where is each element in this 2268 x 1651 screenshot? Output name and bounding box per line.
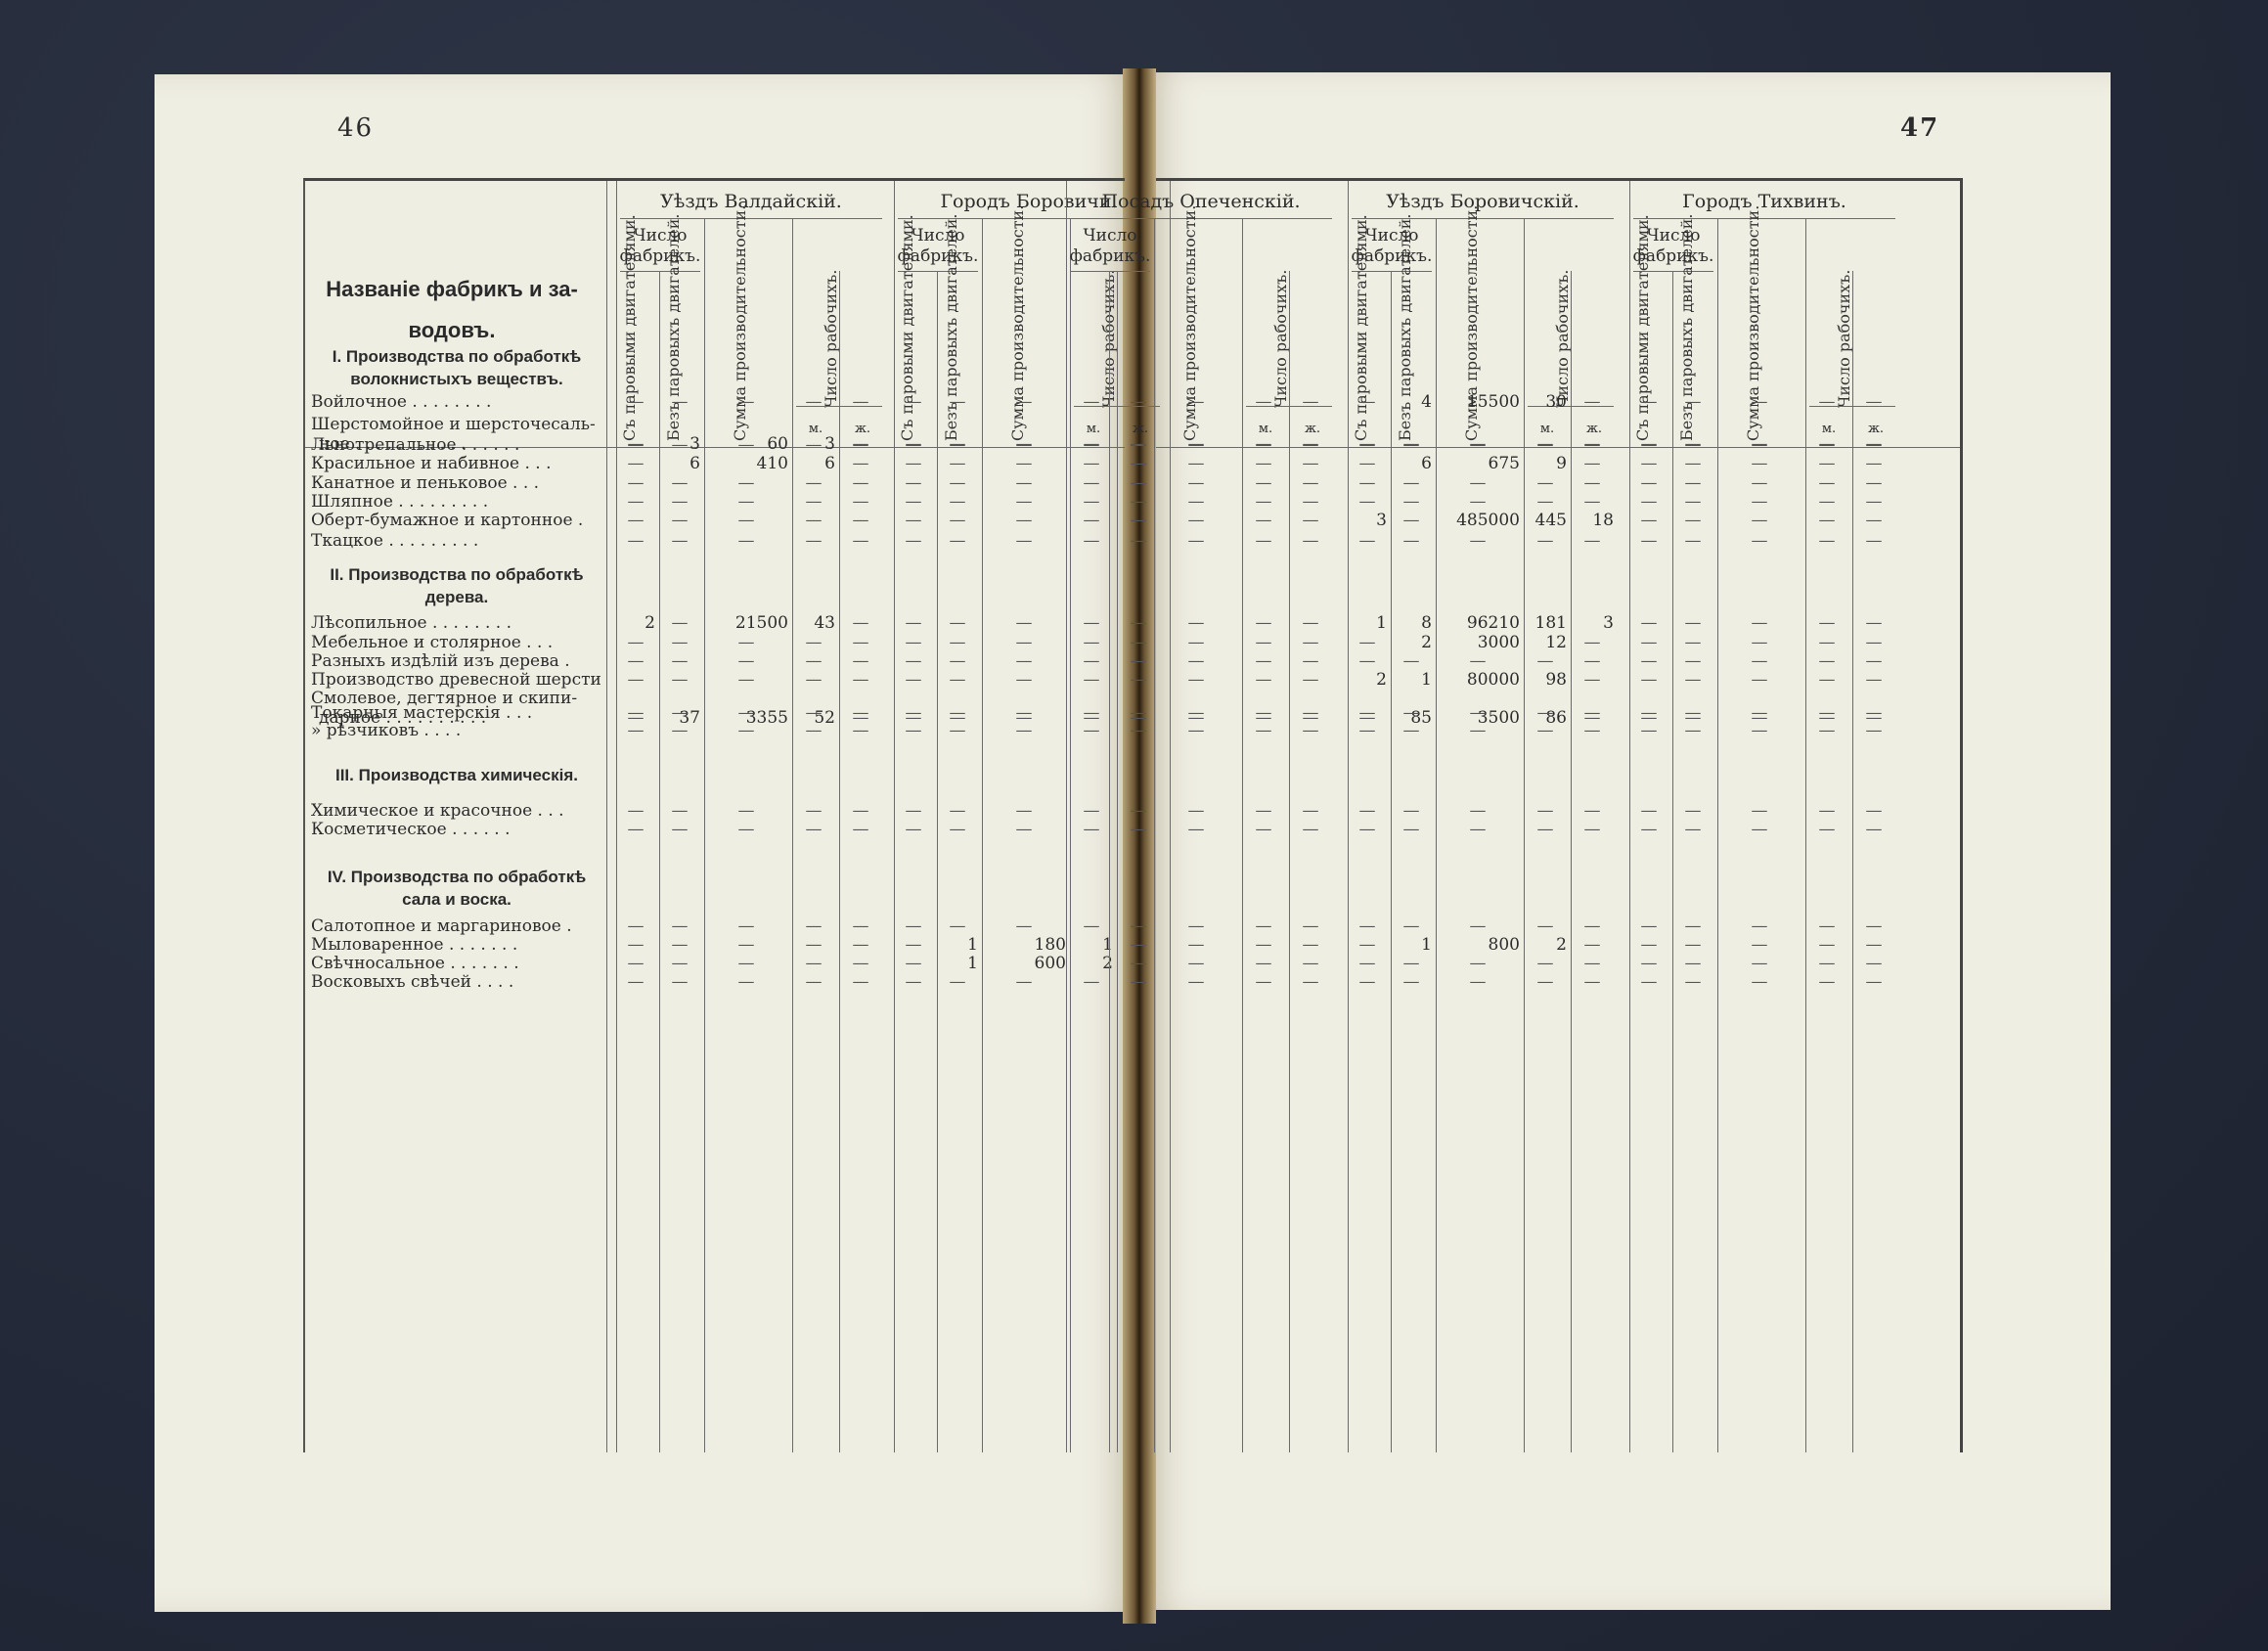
table-cell: — (1070, 613, 1113, 634)
table-cell: — (792, 511, 835, 531)
group-title-tikhvin: Городъ Тихвинъ. (1629, 191, 1899, 212)
table-cell: 12 (1524, 633, 1567, 653)
table-cell: — (982, 613, 1066, 634)
table-cell: — (839, 721, 882, 741)
table-cell: — (982, 651, 1066, 672)
table-cell: 2 (1391, 633, 1432, 653)
table-cell: — (1348, 473, 1387, 494)
table-cell: — (1629, 531, 1668, 552)
table-cell: — (1070, 916, 1113, 937)
table-cell: — (937, 613, 978, 634)
table-cell: 675 (1436, 454, 1520, 474)
table-cell: — (1154, 435, 1238, 456)
table-cell: — (982, 531, 1066, 552)
table-cell: 180 (982, 935, 1066, 956)
table-cell: — (616, 633, 655, 653)
table-cell: — (894, 454, 933, 474)
table-cell: — (894, 435, 933, 456)
table-left: Названіе фабрикъ и за- водовъ. Уѣздъ Вал… (303, 178, 1125, 1452)
table-cell: — (894, 392, 933, 413)
table-cell: 800 (1436, 935, 1520, 956)
table-cell: — (1289, 492, 1332, 513)
column-divider (606, 181, 607, 1452)
table-cell: — (937, 721, 978, 741)
table-right: Посадъ Опеченскій.Число фабрикъ.Сумма пр… (1156, 178, 1963, 1452)
table-cell: — (937, 801, 978, 822)
table-cell: — (1629, 435, 1668, 456)
table-cell: — (1348, 492, 1387, 513)
table-cell: — (1154, 820, 1238, 840)
table-cell: — (1242, 511, 1285, 531)
table-cell: — (1524, 651, 1567, 672)
table-cell: — (1717, 954, 1801, 974)
table-cell: — (1852, 916, 1895, 937)
table-cell: — (1805, 670, 1848, 691)
table-cell: — (1070, 473, 1113, 494)
table-cell: — (1436, 972, 1520, 993)
table-cell: — (1805, 392, 1848, 413)
table-cell: — (1805, 972, 1848, 993)
table-cell: 600 (982, 954, 1066, 974)
table-cell: — (1242, 670, 1285, 691)
table-cell: — (659, 473, 700, 494)
table-cell: — (937, 916, 978, 937)
table-cell: — (1289, 721, 1332, 741)
table-cell: — (1348, 935, 1387, 956)
section-title: II. Производства по обработкѣдерева. (315, 563, 599, 608)
table-cell: — (616, 473, 655, 494)
row-label: Косметическое . . . . . . (311, 820, 604, 840)
table-cell: — (839, 392, 882, 413)
table-cell: — (1348, 633, 1387, 653)
table-cell: — (1348, 916, 1387, 937)
column-divider (1066, 181, 1067, 1452)
table-cell: — (659, 651, 700, 672)
table-cell: — (1154, 454, 1238, 474)
row-label: » рѣзчиковъ . . . . (311, 721, 604, 741)
table-cell: — (982, 801, 1066, 822)
table-cell: — (704, 633, 788, 653)
group-title-opechensky: Посадъ Опеченскій. (1066, 191, 1336, 212)
table-cell: — (1289, 916, 1332, 937)
table-cell: — (1524, 954, 1567, 974)
table-cell: — (1154, 531, 1238, 552)
table-cell: 98 (1524, 670, 1567, 691)
table-cell: — (1672, 392, 1713, 413)
table-cell: — (1852, 454, 1895, 474)
without-steam-header: Безъ паровыхъ двигателей. (664, 279, 683, 441)
table-cell: — (616, 651, 655, 672)
table-cell: — (1348, 531, 1387, 552)
workers-count-header: Число рабочихъ. (822, 226, 840, 408)
table-cell: 1 (937, 954, 978, 974)
table-cell: — (839, 633, 882, 653)
table-cell: — (616, 935, 655, 956)
table-cell: — (937, 972, 978, 993)
table-cell: — (894, 820, 933, 840)
table-cell: — (894, 721, 933, 741)
table-cell: — (894, 633, 933, 653)
workers-count-header: Число рабочихъ. (1835, 226, 1853, 408)
table-cell: — (1717, 935, 1801, 956)
table-cell: — (1672, 633, 1713, 653)
table-cell: — (1154, 651, 1238, 672)
table-cell: — (894, 916, 933, 937)
row-divider (1070, 271, 1150, 272)
section-title-line1: I. Производства по обработкѣ (315, 345, 599, 368)
table-cell: 4 (1391, 392, 1432, 413)
table-cell: — (1852, 721, 1895, 741)
table-cell: — (1717, 531, 1801, 552)
table-cell: — (1629, 935, 1668, 956)
table-cell: — (792, 935, 835, 956)
table-cell: — (1348, 435, 1387, 456)
table-cell: — (1242, 721, 1285, 741)
table-cell: — (1672, 935, 1713, 956)
section-title-line1: II. Производства по обработкѣ (315, 563, 599, 586)
table-cell: — (937, 435, 978, 456)
table-cell: — (894, 511, 933, 531)
table-cell: — (1348, 954, 1387, 974)
table-cell: — (659, 820, 700, 840)
table-cell: — (792, 954, 835, 974)
table-cell: 445 (1524, 511, 1567, 531)
table-cell: 3 (1348, 511, 1387, 531)
table-cell: — (1629, 633, 1668, 653)
table-cell: — (704, 473, 788, 494)
table-cell: — (982, 454, 1066, 474)
table-cell: 2 (1524, 935, 1567, 956)
table-cell: 410 (704, 454, 788, 474)
table-cell: — (1154, 972, 1238, 993)
table-cell: — (839, 511, 882, 531)
table-cell: — (1242, 473, 1285, 494)
table-cell: — (1852, 972, 1895, 993)
table-cell: — (1571, 820, 1614, 840)
table-cell: — (1524, 820, 1567, 840)
table-cell: — (982, 511, 1066, 531)
table-cell: — (1391, 473, 1432, 494)
without-steam-header: Безъ паровыхъ двигателей. (1396, 279, 1414, 441)
table-cell: — (1717, 670, 1801, 691)
table-cell: — (894, 972, 933, 993)
table-cell: — (1070, 454, 1113, 474)
table-cell: — (1289, 473, 1332, 494)
table-cell: — (1717, 435, 1801, 456)
table-cell: 18 (1571, 511, 1614, 531)
table-cell: — (982, 492, 1066, 513)
table-cell: — (1672, 972, 1713, 993)
table-cell: — (1070, 651, 1113, 672)
table-cell: — (1852, 473, 1895, 494)
table-cell: — (1571, 801, 1614, 822)
table-cell: — (1717, 613, 1801, 634)
table-cell: — (1524, 492, 1567, 513)
table-cell: — (704, 670, 788, 691)
table-cell: — (1391, 916, 1432, 937)
table-cell: — (1436, 651, 1520, 672)
page-number-right: 47 (1900, 113, 1939, 143)
section-title-line1: III. Производства химическія. (315, 764, 599, 786)
table-cell: — (1242, 972, 1285, 993)
table-cell: — (1154, 721, 1238, 741)
with-steam-header: Съ паровыми двигателями. (1633, 279, 1652, 441)
table-cell: — (616, 801, 655, 822)
table-cell: — (1852, 651, 1895, 672)
table-cell: — (839, 972, 882, 993)
table-cell: 1 (1070, 935, 1113, 956)
table-cell: — (1070, 670, 1113, 691)
table-cell: — (1242, 916, 1285, 937)
table-cell: — (1348, 651, 1387, 672)
table-cell: — (1391, 954, 1432, 974)
table-cell: — (1391, 820, 1432, 840)
table-cell: — (1242, 531, 1285, 552)
table-cell: — (1672, 954, 1713, 974)
table-cell: 30 (1524, 392, 1567, 413)
table-cell: — (704, 531, 788, 552)
table-cell: — (1070, 972, 1113, 993)
workers-count-header: Число рабочихъ. (1553, 226, 1572, 408)
table-cell: 8 (1391, 613, 1432, 634)
table-cell: — (1070, 721, 1113, 741)
row-label: Канатное и пеньковое . . . (311, 473, 604, 494)
table-cell: — (1629, 454, 1668, 474)
table-cell: — (982, 721, 1066, 741)
table-cell: — (982, 473, 1066, 494)
table-cell: — (1242, 492, 1285, 513)
table-cell: — (616, 435, 655, 456)
row-label: Льнотрепальное . . . . . . (311, 435, 604, 456)
table-cell: — (1571, 633, 1614, 653)
table-cell: — (1717, 651, 1801, 672)
table-cell: — (1805, 916, 1848, 937)
table-cell: — (1629, 492, 1668, 513)
table-cell: — (1524, 435, 1567, 456)
table-cell: — (1289, 801, 1332, 822)
table-cell: — (792, 473, 835, 494)
table-cell: — (1852, 531, 1895, 552)
table-cell: — (1348, 801, 1387, 822)
table-cell: — (1524, 801, 1567, 822)
row-label: Войлочное . . . . . . . . (311, 392, 604, 413)
table-cell: — (616, 511, 655, 531)
table-cell: — (1242, 633, 1285, 653)
name-column-header: Названіе фабрикъ и за- водовъ. (305, 269, 599, 351)
table-cell: — (937, 392, 978, 413)
table-cell: — (1070, 392, 1113, 413)
table-cell: — (1348, 721, 1387, 741)
table-cell: 96210 (1436, 613, 1520, 634)
column-divider (1109, 271, 1110, 1452)
row-divider (620, 218, 882, 219)
table-cell: — (937, 651, 978, 672)
table-cell: — (839, 435, 882, 456)
table-cell: — (1154, 670, 1238, 691)
name-header-line1: Названіе фабрикъ и за- (305, 269, 599, 310)
row-divider (1070, 218, 1332, 219)
table-cell: — (1571, 670, 1614, 691)
table-cell: — (1672, 651, 1713, 672)
factories-count-header: Число фабрикъ. (1066, 226, 1154, 267)
table-cell: — (1717, 473, 1801, 494)
table-cell: — (1070, 531, 1113, 552)
table-cell: — (704, 801, 788, 822)
table-cell: — (616, 392, 655, 413)
with-steam-header: Съ паровыми двигателями. (620, 279, 639, 441)
with-steam-header: Съ паровыми двигателями. (1352, 279, 1370, 441)
table-cell: — (1348, 454, 1387, 474)
row-label: Шляпное . . . . . . . . . (311, 492, 604, 513)
table-cell: 3000 (1436, 633, 1520, 653)
table-cell: — (1717, 511, 1801, 531)
table-cell: — (1717, 454, 1801, 474)
table-cell: — (1524, 972, 1567, 993)
table-cell: — (1852, 511, 1895, 531)
table-cell: — (894, 670, 933, 691)
table-cell: — (1629, 473, 1668, 494)
table-cell: — (659, 613, 700, 634)
table-cell: — (1242, 392, 1285, 413)
table-cell: — (659, 492, 700, 513)
table-cell: 3 (1571, 613, 1614, 634)
table-cell: — (1629, 721, 1668, 741)
table-cell: — (792, 721, 835, 741)
section-title-line2: дерева. (315, 586, 599, 608)
table-cell: — (1289, 651, 1332, 672)
row-label: Разныхъ издѣлій изъ дерева . (311, 651, 604, 672)
table-cell: — (1852, 392, 1895, 413)
table-cell: — (1805, 651, 1848, 672)
table-cell: — (982, 633, 1066, 653)
row-label: Восковыхъ свѣчей . . . . (311, 972, 604, 993)
table-cell: — (1571, 454, 1614, 474)
table-cell: — (1571, 492, 1614, 513)
table-cell: — (1242, 651, 1285, 672)
table-cell: — (1672, 801, 1713, 822)
table-cell: — (1717, 633, 1801, 653)
table-cell: — (1571, 531, 1614, 552)
table-cell: — (1436, 492, 1520, 513)
table-cell: — (982, 916, 1066, 937)
table-cell: — (937, 511, 978, 531)
table-cell: — (1629, 801, 1668, 822)
table-cell: — (1391, 492, 1432, 513)
table-cell: — (616, 721, 655, 741)
table-cell: — (1289, 613, 1332, 634)
table-cell: — (1436, 721, 1520, 741)
row-label: Мебельное и столярное . . . (311, 633, 604, 653)
table-cell: — (659, 916, 700, 937)
table-cell: 1 (1348, 613, 1387, 634)
table-cell: — (659, 531, 700, 552)
row-label: Мыловаренное . . . . . . . (311, 935, 604, 956)
table-cell: — (1852, 613, 1895, 634)
table-cell: — (1242, 954, 1285, 974)
table-cell: 181 (1524, 613, 1567, 634)
table-cell: — (792, 392, 835, 413)
table-cell: — (1070, 492, 1113, 513)
table-cell: — (1154, 801, 1238, 822)
table-cell: — (1629, 954, 1668, 974)
table-cell: — (1289, 531, 1332, 552)
table-cell: 1 (1391, 935, 1432, 956)
table-cell: — (792, 820, 835, 840)
table-cell: — (659, 511, 700, 531)
table-cell: — (894, 531, 933, 552)
table-cell: — (1070, 435, 1113, 456)
table-cell: — (839, 670, 882, 691)
table-cell: — (1391, 651, 1432, 672)
table-cell: — (1805, 492, 1848, 513)
table-cell: — (1154, 392, 1238, 413)
table-cell: — (839, 935, 882, 956)
row-label: Свѣчносальное . . . . . . . (311, 954, 604, 974)
table-cell: — (1717, 392, 1801, 413)
table-cell: — (1672, 670, 1713, 691)
table-cell: — (894, 954, 933, 974)
table-cell: — (704, 972, 788, 993)
table-cell: — (894, 492, 933, 513)
table-cell: — (1242, 820, 1285, 840)
table-cell: — (1717, 801, 1801, 822)
row-label: Производство древесной шерсти (311, 670, 604, 691)
table-cell: — (1348, 972, 1387, 993)
table-cell: — (1436, 473, 1520, 494)
table-cell: 2 (616, 613, 655, 634)
workers-count-header: Число рабочихъ. (1271, 226, 1290, 408)
table-cell: — (1571, 935, 1614, 956)
table-cell: 1 (1391, 670, 1432, 691)
table-cell: — (1154, 916, 1238, 937)
with-steam-header: Съ паровыми двигателями. (898, 279, 916, 441)
table-cell: — (1242, 454, 1285, 474)
table-cell: 80000 (1436, 670, 1520, 691)
table-cell: — (1805, 801, 1848, 822)
table-cell: — (616, 492, 655, 513)
section-title: I. Производства по обработкѣволокнистыхъ… (315, 345, 599, 390)
section-title: III. Производства химическія. (315, 764, 599, 786)
table-cell: 21500 (704, 613, 788, 634)
table-cell: — (937, 531, 978, 552)
table-cell: — (1524, 916, 1567, 937)
table-cell: — (1672, 473, 1713, 494)
table-cell: — (839, 531, 882, 552)
table-cell: — (1629, 392, 1668, 413)
table-cell: — (1391, 721, 1432, 741)
table-cell: — (1672, 492, 1713, 513)
table-cell: — (1154, 935, 1238, 956)
table-cell: — (1672, 435, 1713, 456)
table-cell: — (1242, 435, 1285, 456)
table-cell: — (1672, 820, 1713, 840)
table-cell: — (1852, 492, 1895, 513)
table-cell: 2 (1070, 954, 1113, 974)
table-cell: — (1571, 916, 1614, 937)
table-cell: — (704, 916, 788, 937)
table-cell: — (839, 801, 882, 822)
table-cell: — (659, 801, 700, 822)
table-cell: 6 (1391, 454, 1432, 474)
page-number-left: 46 (337, 113, 374, 143)
table-cell: — (1436, 531, 1520, 552)
row-label: Ткацкое . . . . . . . . . (311, 531, 604, 552)
table-cell: — (937, 670, 978, 691)
table-cell: — (1289, 954, 1332, 974)
row-label: Химическое и красочное . . . (311, 801, 604, 822)
table-cell: — (1852, 435, 1895, 456)
table-cell: — (1348, 820, 1387, 840)
